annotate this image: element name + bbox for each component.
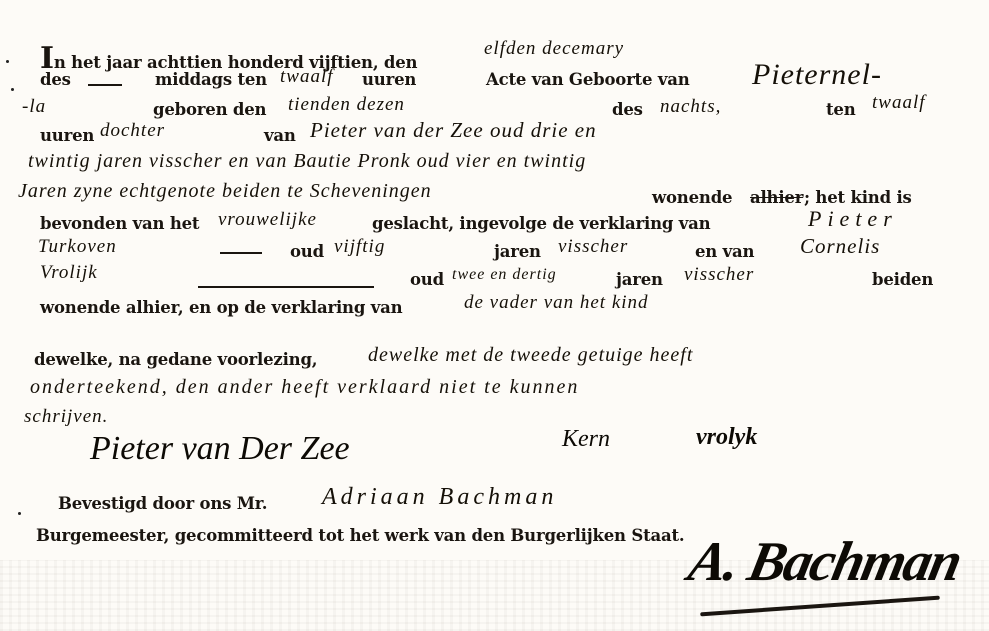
father-handwritten: Pieter van der Zee oud drie en <box>310 118 597 143</box>
birth-day-handwritten: tienden dezen <box>288 94 405 116</box>
time-of-day-handwritten: nachts, <box>660 96 721 118</box>
child-name-cont: -la <box>22 96 46 118</box>
witness2-job-handwritten: visscher <box>684 264 754 286</box>
line6-wonende: wonende <box>652 188 732 207</box>
sex-handwritten: vrouwelijke <box>218 209 317 231</box>
signature-witness-2a: Kern <box>562 426 610 453</box>
birth-certificate-page: In het jaar achttien honderd vijftien, d… <box>0 0 989 631</box>
birth-hour-handwritten: twaalf <box>872 92 926 114</box>
child-name-handwritten: Pieternel- <box>752 58 882 92</box>
hour-handwritten: twaalf <box>280 66 334 88</box>
line4-van: van <box>264 126 296 145</box>
closing-handwritten-1: dewelke met de tweede getuige heeft <box>368 344 693 367</box>
line9-oud: oud <box>410 270 444 289</box>
line3-ten: ten <box>826 100 856 119</box>
line2-des: des <box>40 70 71 89</box>
line7-geslacht: geslacht, ingevolge de verklaring van <box>372 214 710 233</box>
line8-oud: oud <box>290 242 324 261</box>
line8-envan: en van <box>695 242 754 261</box>
signature-witness-1: Pieter van Der Zee <box>90 430 350 468</box>
margin-mark <box>18 512 21 515</box>
relation-handwritten: dochter <box>100 120 165 142</box>
signature-witness-2b: vrolyk <box>696 424 757 451</box>
witness2-first-handwritten: Cornelis <box>800 234 880 259</box>
line4-uuren: uuren <box>40 126 94 145</box>
line6-alhier-struck: alhier <box>750 188 803 207</box>
date-handwritten: elfden decemary <box>484 38 624 60</box>
line11-dewelke: dewelke, na gedane voorlezing, <box>34 350 317 369</box>
line9-jaren: jaren <box>616 270 663 289</box>
line9-beiden: beiden <box>872 270 933 289</box>
closing-handwritten-3: schrijven. <box>24 406 108 428</box>
witness1-age-handwritten: vijftig <box>334 236 385 258</box>
witness2-age-handwritten: twee en dertig <box>452 266 557 284</box>
witness2-last-handwritten: Vrolijk <box>40 262 98 284</box>
witness1-first-handwritten: Pieter <box>808 206 898 232</box>
line2-acte: Acte van Geboorte van <box>486 70 690 89</box>
declarant-handwritten: de vader van het kind <box>464 292 649 314</box>
blank-dash <box>88 84 122 86</box>
line7-bevonden: bevonden van het <box>40 214 199 233</box>
margin-mark <box>11 88 14 91</box>
blank-dash <box>220 252 262 254</box>
line8-jaren: jaren <box>494 242 541 261</box>
line6-kind: ; het kind is <box>804 188 912 207</box>
confirmation-printed: Bevestigd door ons Mr. <box>58 494 267 513</box>
margin-mark <box>6 60 9 63</box>
line2-middags: middags ten <box>155 70 267 89</box>
line3-geboren: geboren den <box>153 100 266 119</box>
line2-uuren: uuren <box>362 70 416 89</box>
signature-official: A. Bachman <box>683 530 966 594</box>
mother-details-handwritten: Jaren zyne echtgenote beiden te Scheveni… <box>18 180 432 203</box>
footer-printed: Burgemeester, gecommitteerd tot het werk… <box>36 526 684 545</box>
parents-details-handwritten: twintig jaren visscher en van Bautie Pro… <box>28 150 586 173</box>
line10-wonende: wonende alhier, en op de verklaring van <box>40 298 402 317</box>
confirmation-handwritten: Adriaan Bachman <box>322 484 557 511</box>
closing-handwritten-2: onderteekend, den ander heeft verklaard … <box>30 376 579 399</box>
witness1-job-handwritten: visscher <box>558 236 628 258</box>
witness1-last-handwritten: Turkoven <box>38 236 117 258</box>
blank-line <box>198 286 374 288</box>
line3-des: des <box>612 100 643 119</box>
